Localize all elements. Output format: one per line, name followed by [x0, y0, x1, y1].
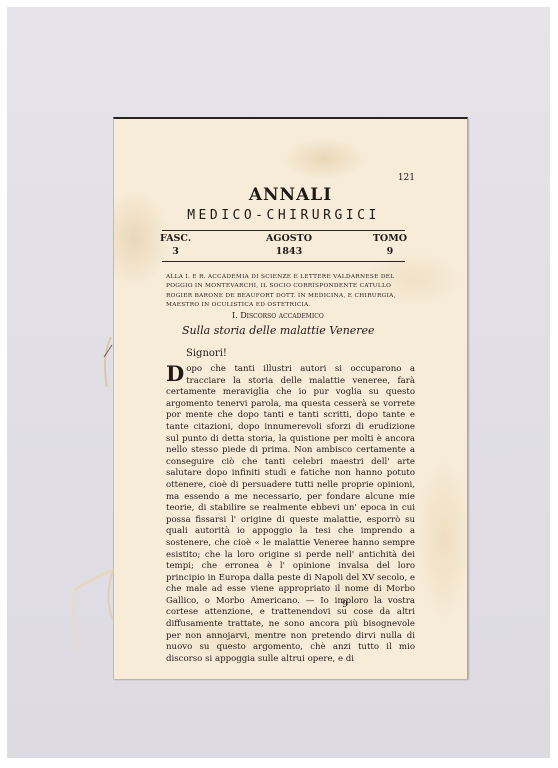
fascicle-label: FASC. [160, 232, 191, 245]
fascicle-value: 3 [160, 245, 191, 258]
salutation: Signori! [186, 348, 227, 359]
article-title: Sulla storia delle malattie Veneree [182, 324, 375, 337]
header-rule-bottom [162, 261, 405, 262]
fascicle-info: FASC. 3 [160, 232, 191, 258]
body-paragraph: Dopo che tanti illustri autori si occupa… [166, 364, 415, 665]
issue-month: AGOSTO [259, 232, 319, 245]
issue-year: 1843 [259, 245, 319, 258]
binding-thread-icon [101, 335, 113, 390]
page-number: 121 [398, 173, 415, 183]
volume-value: 9 [373, 245, 407, 258]
signature-mark: 9 [342, 600, 348, 610]
drop-cap: D [166, 365, 184, 383]
issue-date: AGOSTO 1843 [259, 232, 319, 258]
document-page: 121 ANNALI MEDICO-CHIRURGICI FASC. 3 AGO… [113, 117, 468, 679]
volume-info: TOMO 9 [373, 232, 407, 258]
binding-string-icon [68, 565, 118, 655]
body-text: opo che tanti illustri autori si occupar… [166, 364, 415, 664]
journal-title: ANNALI [114, 185, 467, 205]
header-rule-top [162, 230, 405, 231]
dedication-text: Alla I. e R. Accademia di Scienze e Lett… [166, 273, 409, 310]
journal-subtitle: MEDICO-CHIRURGICI [162, 208, 405, 223]
section-heading: I. Discorso accademico [232, 311, 324, 320]
volume-label: TOMO [373, 232, 407, 245]
